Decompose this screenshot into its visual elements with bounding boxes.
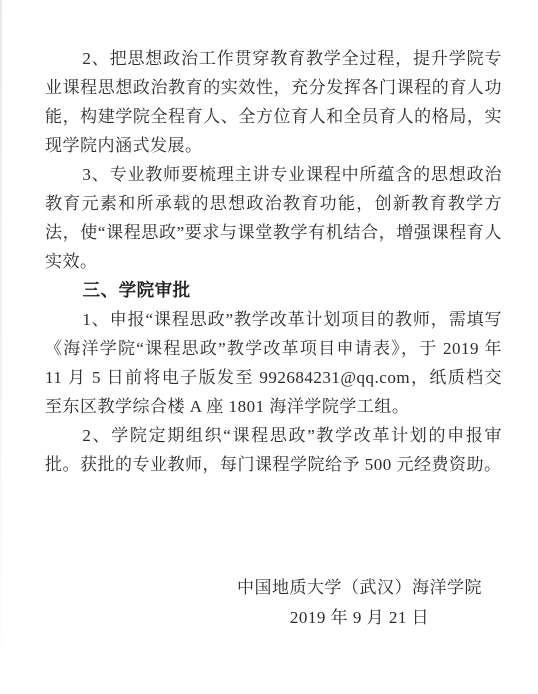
document-page: 2、把思想政治工作贯穿教育教学全过程，提升学院专业课程思想政治教育的实效性，充分… bbox=[45, 44, 502, 633]
signature-date: 2019 年 9 月 21 日 bbox=[237, 603, 482, 633]
signature-organization: 中国地质大学（武汉）海洋学院 bbox=[237, 573, 482, 603]
paragraph-application-1: 1、申报“课程思政”教学改革计划项目的教师，需填写《海洋学院“课程思政”教学改革… bbox=[45, 305, 502, 421]
paragraph-point-3: 3、专业教师要梳理主讲专业课程中所蕴含的思想政治教育元素和所承载的思想政治教育功… bbox=[45, 160, 502, 276]
paragraph-application-2: 2、学院定期组织“课程思政”教学改革计划的申报审批。获批的专业教师，每门课程学院… bbox=[45, 421, 502, 479]
section-heading-approval: 三、学院审批 bbox=[45, 276, 502, 305]
signature-block: 中国地质大学（武汉）海洋学院 2019 年 9 月 21 日 bbox=[237, 573, 482, 633]
page-scan-edge bbox=[0, 0, 2, 694]
paragraph-point-2: 2、把思想政治工作贯穿教育教学全过程，提升学院专业课程思想政治教育的实效性，充分… bbox=[45, 44, 502, 160]
